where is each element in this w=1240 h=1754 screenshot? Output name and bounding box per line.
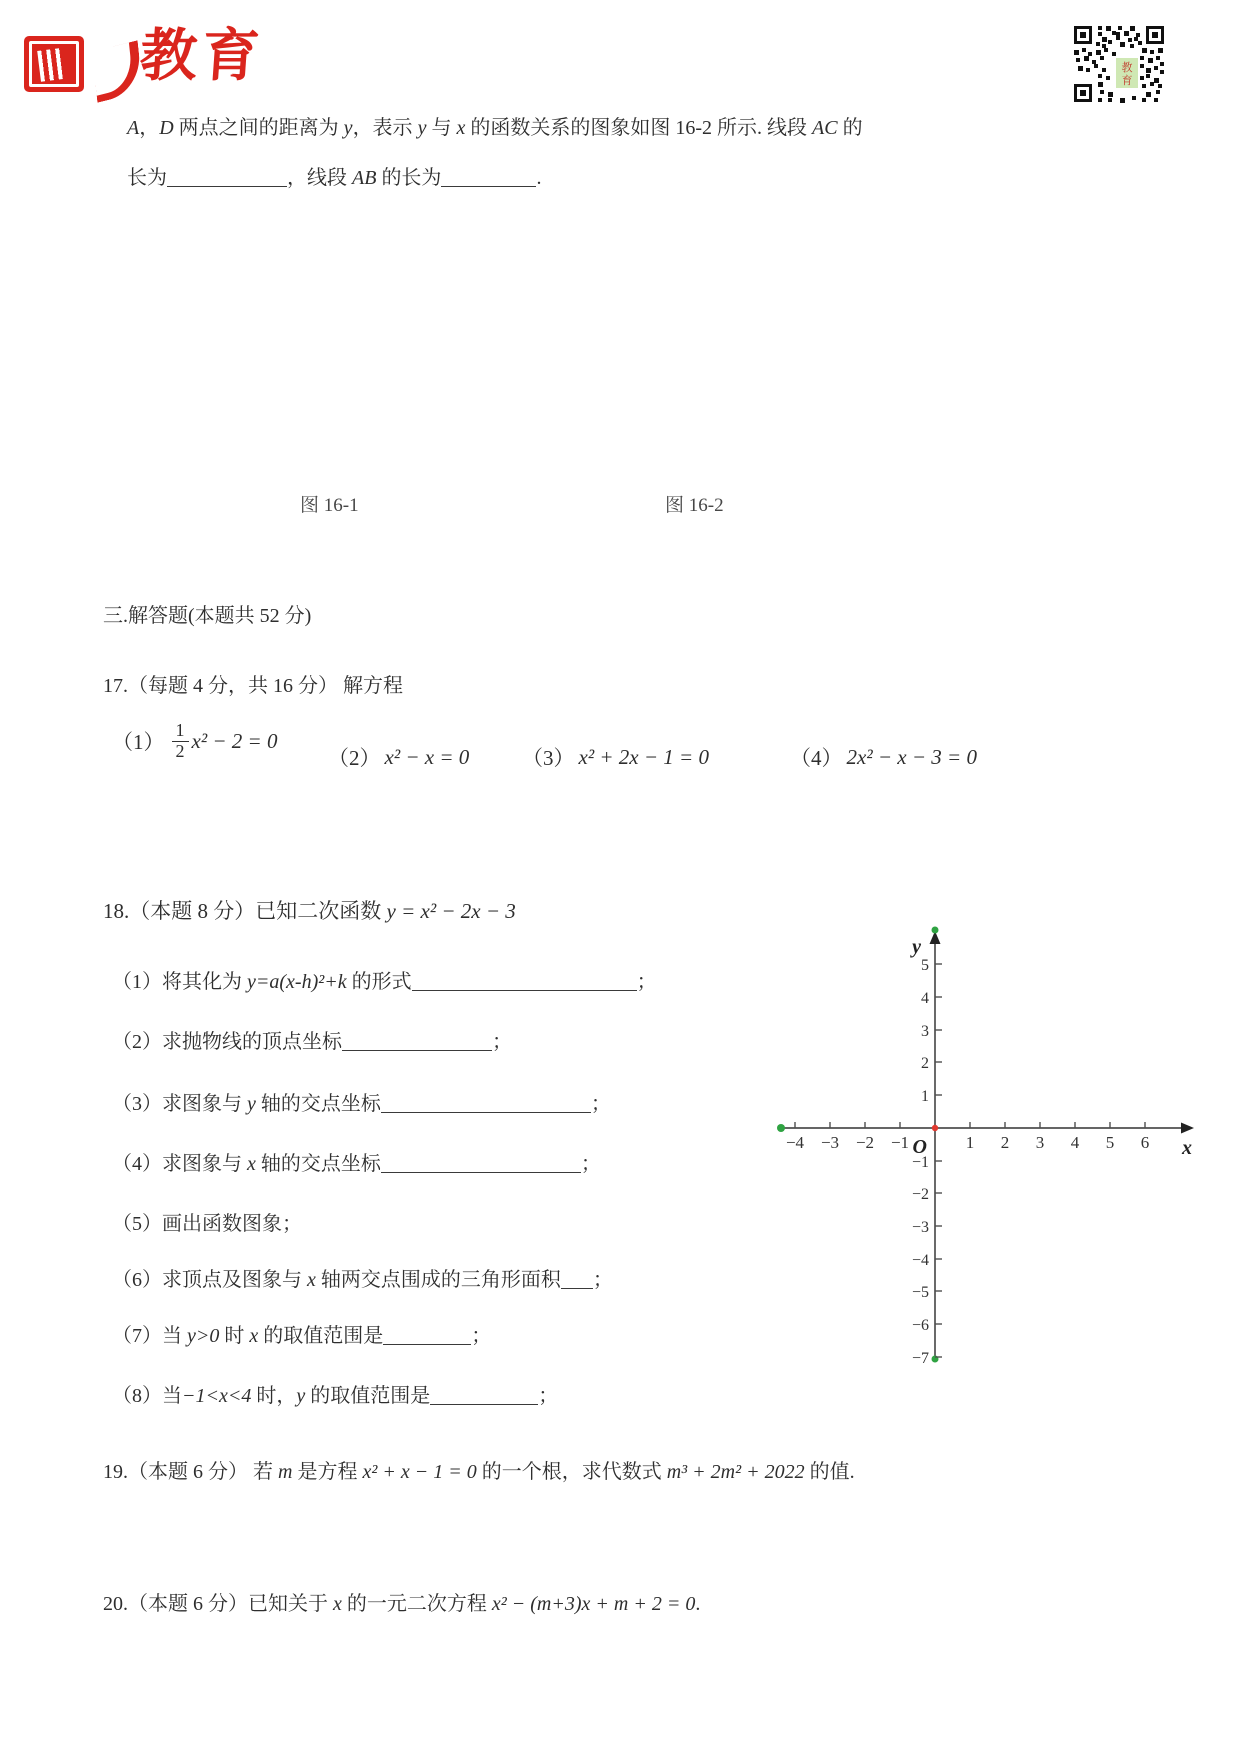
section-3-heading: 三.解答题(本题共 52 分) [103, 602, 311, 631]
x-tick-labels: −4 −3 −2 −1 1 2 3 4 5 6 [786, 1133, 1149, 1152]
exam-paper-page: 教育 教 育 A，D 两 [0, 0, 1240, 1754]
svg-text:−6: −6 [912, 1317, 929, 1334]
axis-endpoint-dot-left [777, 1124, 785, 1132]
q17-equation-4: （4） 2x² − x − 3 = 0 [790, 742, 977, 772]
svg-text:−2: −2 [856, 1133, 874, 1152]
svg-text:3: 3 [1036, 1133, 1045, 1152]
question-18-item-5: （5）画出函数图象； [112, 1210, 302, 1239]
calligraphy-stroke-icon [92, 40, 143, 103]
question-18-item-3: （3）求图象与 y 轴的交点坐标； [112, 1090, 611, 1119]
q17-eq4-expression: 2x² − x − 3 = 0 [847, 745, 977, 770]
svg-text:4: 4 [921, 990, 929, 1007]
x-axis-label: x [1181, 1137, 1192, 1159]
svg-text:−4: −4 [786, 1133, 805, 1152]
svg-text:2: 2 [1001, 1133, 1010, 1152]
svg-text:6: 6 [1141, 1133, 1150, 1152]
answer-blank [342, 1030, 492, 1051]
origin-label: O [913, 1136, 927, 1158]
svg-text:−7: −7 [912, 1350, 929, 1367]
answer-blank [381, 1152, 581, 1173]
brand-logo-text: 教育 [138, 26, 266, 89]
svg-text:−3: −3 [821, 1133, 839, 1152]
y-tick-labels: 5 4 3 2 1 −1 −2 −3 −4 −5 −6 −7 [912, 957, 929, 1367]
question-18-heading: 18.（本题 8 分）已知二次函数 y = x² − 2x − 3 [103, 896, 516, 926]
q17-equation-2: （2） x² − x = 0 [328, 742, 469, 772]
q17-eq3-expression: x² + 2x − 1 = 0 [579, 745, 709, 770]
figure-16-1-caption: 图 16-1 [300, 490, 359, 517]
svg-text:3: 3 [921, 1023, 929, 1040]
coordinate-axes-graph: −4 −3 −2 −1 1 2 3 4 5 6 5 4 3 2 1 −1 −2 … [675, 830, 1205, 1375]
x-tick-marks [795, 1122, 1145, 1128]
answer-blank [383, 1324, 471, 1345]
red-seal-stamp-icon [24, 36, 84, 92]
svg-text:4: 4 [1071, 1133, 1080, 1152]
axis-endpoint-dot-top [932, 927, 939, 934]
svg-text:2: 2 [921, 1055, 929, 1072]
answer-blank [430, 1384, 538, 1405]
q17-eq2-label: （2） [328, 742, 381, 772]
question-18-item-7: （7）当 y>0 时 x 的取值范围是； [112, 1322, 491, 1351]
question-19-line: 19.（本题 6 分） 若 m 是方程 x² + x − 1 = 0 的一个根，… [103, 1458, 855, 1487]
question-18-item-8: （8）当−1<x<4 时，y 的取值范围是； [112, 1382, 558, 1411]
svg-text:−3: −3 [912, 1219, 929, 1236]
figure-16-2-caption: 图 16-2 [665, 490, 724, 517]
fraction-one-half: 1 2 [172, 721, 189, 762]
svg-text:−2: −2 [912, 1186, 929, 1203]
qr-code: 教 育 [1072, 24, 1166, 104]
q17-eq1-label: （1） [112, 726, 165, 756]
answer-blank [381, 1092, 591, 1113]
question-17-heading: 17.（每题 4 分，共 16 分） 解方程 [103, 672, 403, 701]
svg-text:1: 1 [921, 1088, 929, 1105]
y-axis-label: y [910, 936, 921, 958]
svg-text:−1: −1 [891, 1133, 909, 1152]
q17-equation-1: （1） 1 2 x² − 2 = 0 [112, 721, 277, 762]
brand-logo: 教育 [20, 26, 270, 98]
qr-label-char-1: 教 [1122, 60, 1133, 74]
origin-dot [932, 1125, 938, 1131]
question-18-item-2: （2）求抛物线的顶点坐标； [112, 1028, 512, 1057]
answer-blank [167, 166, 287, 187]
q17-eq3-label: （3） [522, 742, 575, 772]
y-tick-marks [935, 964, 942, 1357]
q17-equation-3: （3） x² + 2x − 1 = 0 [522, 742, 709, 772]
question-18-item-1: （1）将其化为 y=a(x-h)²+k 的形式； [112, 968, 657, 997]
svg-text:1: 1 [966, 1133, 975, 1152]
question-17-equations-row: （1） 1 2 x² − 2 = 0 （2） x² − x = 0 （3） x²… [0, 715, 1240, 805]
x-axis-arrow-icon [1181, 1123, 1194, 1134]
svg-text:−5: −5 [912, 1284, 929, 1301]
svg-text:5: 5 [1106, 1133, 1115, 1152]
q17-eq1-expression: x² − 2 = 0 [192, 729, 278, 754]
question-20-line: 20.（本题 6 分）已知关于 x 的一元二次方程 x² − (m+3)x + … [103, 1590, 700, 1619]
answer-blank [441, 166, 536, 187]
qr-label-char-2: 育 [1122, 73, 1133, 87]
q17-eq2-expression: x² − x = 0 [385, 745, 470, 770]
svg-text:−4: −4 [912, 1252, 929, 1269]
question-18-item-6: （6）求顶点及图象与 x 轴两交点围成的三角形面积； [112, 1266, 613, 1295]
intro-line-1: A，D 两点之间的距离为 y，表示 y 与 x 的函数关系的图象如图 16-2 … [127, 114, 863, 143]
svg-text:5: 5 [921, 957, 929, 974]
intro-line-2: 长为，线段 AB 的长为. [127, 164, 541, 193]
answer-blank [561, 1268, 593, 1289]
answer-blank [412, 970, 637, 991]
q17-eq4-label: （4） [790, 742, 843, 772]
question-18-item-4: （4）求图象与 x 轴的交点坐标； [112, 1150, 601, 1179]
